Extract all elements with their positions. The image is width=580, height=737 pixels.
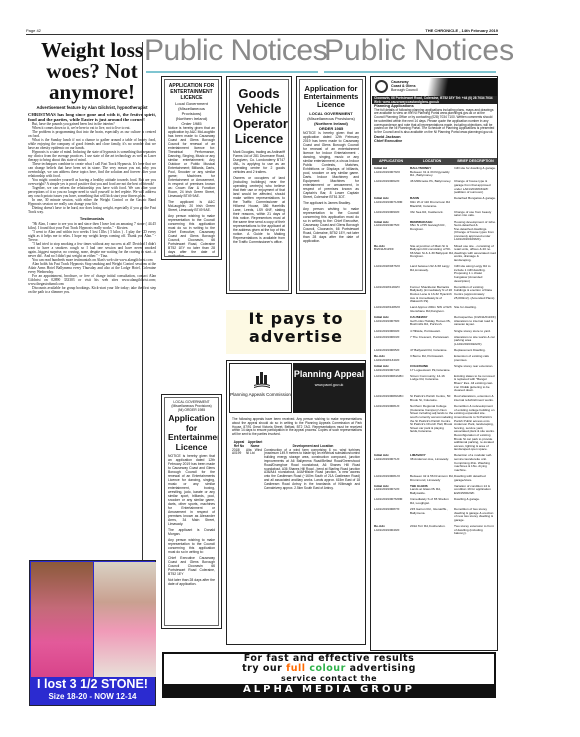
notice-body: Any person wishing to make representatio… xyxy=(168,538,215,554)
article-paragraph: What is the Sunday lunch if not a chance… xyxy=(28,138,156,150)
article-paragraph: These techniques combine to create what … xyxy=(28,162,156,178)
description-cell: Mixed use site - consisting of retail un… xyxy=(454,245,496,263)
description-cell: Replacement Dwelling. xyxy=(454,349,496,353)
description-cell: Infill site for dwelling & garage. xyxy=(454,167,496,178)
table-row: LA01/2019/0063/F7 The Crescent, Portstew… xyxy=(374,336,496,347)
section-title-right: Public Notices xyxy=(324,36,514,66)
location-cell: LIMAVADY38 Anderson Ave, Limavady. xyxy=(410,454,454,472)
description-cell: Dwelling with detached garage/store. xyxy=(454,475,496,482)
article-paragraph: You might consider yourself as having a … xyxy=(28,178,156,186)
application-number: LA01/2019/0087/F xyxy=(374,507,399,511)
location-cell: Northern Regional College (Coleraine Cam… xyxy=(410,405,454,452)
location-cell: 33c Sea Rd, Castlerock. xyxy=(410,211,454,218)
application-cell: LA01/2019/0081/O xyxy=(374,475,410,482)
application-number: LA01/2019/0065/F xyxy=(374,348,399,352)
ad-line-2: try our full colour advertising xyxy=(164,664,494,674)
location-cell: Simon Community, 14-16 Lodge Rd, Colerai… xyxy=(410,375,454,393)
description-cell: Demolition & redevelopment of existing c… xyxy=(454,405,496,452)
description-cell: Housing development of 12no. Semi-detach… xyxy=(454,221,496,243)
table-row: Initial AdvLA01/2019/0071/RMBANN90m W of… xyxy=(374,197,496,208)
application-number: LA01/2019/0076/RM xyxy=(374,497,402,501)
application-cell: Initial AdvLA01/2019/0071/F xyxy=(374,454,410,472)
pays-to-advertise-ad: It pays to advertise xyxy=(226,310,366,354)
table-row: LA01/2019/0062/F46 Millbrooke Pk, Ballym… xyxy=(374,180,496,194)
ad-line: It pays to xyxy=(226,310,366,328)
location: 17 Loguestown Pk,Coleraine. xyxy=(410,368,450,372)
table-row: Initial AdLA01/2019/0079/OBALLYMONEYBetw… xyxy=(374,167,496,178)
description-cell: Demolition of existing buildings & erect… xyxy=(454,286,496,304)
application-number: LA01/2019/0079/O xyxy=(374,170,400,174)
location-cell: COLERAINE17 Loguestown Pk,Coleraine. xyxy=(410,365,454,372)
testimonial: "I had tried to stop smoking a few times… xyxy=(28,242,156,258)
table-row: LA01/2019/0076/RMImmediately S of 65 She… xyxy=(374,498,496,505)
notice-body: Not later than 28 days after the date of… xyxy=(168,578,215,586)
col-location: LOCATION xyxy=(410,158,454,165)
location-cell: 215 Garron Rd , Glenariffe , Ballymena. xyxy=(410,508,454,522)
testimonials-heading: Testimonials xyxy=(28,216,156,221)
location-cell: 3 Berne Rd, Portstewart. xyxy=(410,355,454,362)
location: 47 Ballywatt Rd, Coleraine. xyxy=(410,348,447,352)
application-number: LA01/2019/0071/F xyxy=(374,457,399,461)
location: Site at junction of Main St & Ballyquin … xyxy=(410,244,454,259)
photo-caption-sub: Size 18-20 - NOW 12-14 xyxy=(30,692,155,701)
after-photo xyxy=(94,562,156,677)
article-headline: Weight loss woes? Not anymore! xyxy=(28,40,156,103)
application-cell: LA01/2018/1286/O xyxy=(374,306,410,313)
article-paragraph: Alan holds his Fast Track Hypnosis Stop … xyxy=(28,262,156,274)
notice-title: Application for Entertainments Licence xyxy=(303,85,359,109)
description-cell: Dwelling & garage. xyxy=(454,498,496,505)
location-cell: Land between 92 & 68 Largy Rd,Limavady. xyxy=(410,265,454,283)
pac-logo-text: Planning Appeals Commission xyxy=(230,392,291,397)
description-cell: Site for dwelling. xyxy=(454,306,496,313)
article-paragraph: Dieting doesn't have to be hard, nor doe… xyxy=(28,206,156,214)
alpha-media-ad: For fast and effective results try our f… xyxy=(162,652,496,698)
article-paragraph: Hypnosis is a state of mind. Inducing th… xyxy=(28,150,156,162)
application-cell: Initial AdLA01/2019/0079/O xyxy=(374,167,410,178)
photo-images xyxy=(31,562,156,677)
description-cell: Single storey rear extension. xyxy=(454,365,496,372)
before-after-photo: I lost 3 1/2 STONE! Size 18-20 - NOW 12-… xyxy=(29,560,156,706)
notice-title: Application for Entertainments Licence xyxy=(168,414,215,452)
application-number: LA01/2018/1340/F xyxy=(374,358,399,362)
article-byline: Advertisement feature by Alan Gilchrist,… xyxy=(28,105,156,110)
location: Simon Community, 14-16 Lodge Rd, Colerai… xyxy=(410,374,445,382)
appeal-intro: The following appeals have been received… xyxy=(232,418,362,437)
application-number: LA01/2018/1190/O xyxy=(374,285,400,289)
application-cell: Re-AdvB/2011/0115/F xyxy=(374,245,410,263)
application-cell: LA01/2018/1190/O xyxy=(374,286,410,304)
notice-subtitle: (NI) ORDER 1985 xyxy=(168,409,215,413)
table-row: LA01/2019/0065/F47 Ballywatt Rd, Colerai… xyxy=(374,349,496,353)
application-cell: LA01/2019/0062/F xyxy=(374,180,410,194)
ad-line: advertise xyxy=(226,328,366,346)
application-cell: Initial AdvLA01/2019/0078/F xyxy=(374,316,410,327)
application-number: LA01/2019/0075/F xyxy=(374,223,399,227)
application-cell: Initial AdvLA01/2019/0075/F xyxy=(374,221,410,243)
article-paragraph: The problem is programming that into the… xyxy=(28,130,156,138)
location-cell: 7 The Crescent, Portstewart. xyxy=(410,336,454,347)
application-number: LA01/2019/0049/F xyxy=(374,528,399,532)
table-row: LA01/2019/0081/FNorthern Regional Colleg… xyxy=(374,405,496,452)
article-lead: CHRISTMAS has long since gone and with i… xyxy=(28,112,156,122)
application-cell: Initial AdvLA01/2019/0074/F xyxy=(374,365,410,372)
application-cell: LA01/2019/0076/RM xyxy=(374,498,410,505)
location: 65m N of 55 Garvagh Rd , Dungiven. xyxy=(410,223,446,231)
application-number: LA01/2019/0060/F xyxy=(374,329,399,333)
application-number: LA01/2019/0062/F xyxy=(374,179,399,183)
description-cell: Variation of condition 14 & condition 19… xyxy=(454,485,496,496)
table-row: LA01/2019/0089/LBCSt Patrick's Parish Ce… xyxy=(374,395,496,402)
location: 46 Millbrooke Pk, Ballymoney. xyxy=(410,179,451,183)
location-cell: St Patrick's Parish Centre, 50 Brook St,… xyxy=(410,395,454,402)
application-number: LA01/2018/0376/O xyxy=(374,264,400,268)
notice-body: The applicant is A&C McLaughlin, 20 Iris… xyxy=(168,200,215,212)
table-row: Re-AdvB/2011/0115/FSite at junction of M… xyxy=(374,245,496,263)
table-row: Initial AdvLA01/2019/0072/FTHE GLENSLand… xyxy=(374,485,496,496)
description-cell: Retention of a modular self-service laun… xyxy=(454,454,496,472)
photo-caption-main: I lost 3 1/2 STONE! xyxy=(30,678,155,691)
location: 90m W of 110 Drumcroon Rd Blackhill, Col… xyxy=(410,200,450,208)
testimonial: "I went to Alan and within two weeks I l… xyxy=(28,230,156,242)
entertainment-licence-notice-3: LOCAL GOVERNMENT (Miscellaneous Provisio… xyxy=(161,394,222,629)
description-cell: Detached Bungalow & garage. xyxy=(454,197,496,208)
description-cell: Existing slates to be removed & replaced… xyxy=(454,375,496,393)
location: Between 31 & 33 Kilgynaddy Rd., Ballymon… xyxy=(410,170,450,178)
location: Golf Links Holiday Homes Pk, Bushmills R… xyxy=(410,319,451,327)
council-planning-notice: Causeway Coast & Glens Borough Council C… xyxy=(370,76,498,651)
location: 38 Anderson Ave, Limavady. xyxy=(410,457,449,461)
ad-line-3: service contact the xyxy=(164,674,494,683)
council-intro: Planning Applications The full details o… xyxy=(374,105,496,144)
description-cell: Demolition of two storey dwelling & gara… xyxy=(454,508,496,522)
location-cell: 47 Ballywatt Rd, Coleraine. xyxy=(410,349,454,353)
notice-body: Owners or occupiers of land (including b… xyxy=(233,176,285,244)
pac-logo: Planning Appeals Commission xyxy=(229,363,292,413)
location: Between 42 & 56 Drumsom Rd, Drummond, Li… xyxy=(410,474,454,482)
article-paragraph: For an appointment, brochure, or free of… xyxy=(28,274,156,286)
notice-title: APPLICATION FOR ENTERTAINMENT LICENCE xyxy=(168,83,215,101)
testimonial: "Hi Alan, I came to see you in and since… xyxy=(28,222,156,230)
entertainment-licence-notice-2: Application for Entertainments Licence L… xyxy=(296,76,366,294)
application-number: LA01/2019/0072/F xyxy=(374,487,399,491)
location-cell: Site at junction of Main St & Ballyquin … xyxy=(410,245,454,263)
appellant-name: Alta Wind NI Ltd xyxy=(246,449,264,491)
application-number: LA01/2019/0081/O xyxy=(374,474,400,478)
planning-appeal-banner: Planning Appeal www.pacni.gov.uk xyxy=(293,363,365,413)
development-desc: Construction of a wind farm comprising 6… xyxy=(264,449,362,491)
location: 215 Garron Rd , Glenariffe , Ballymena. xyxy=(410,507,448,515)
planning-appeal-title: Planning Appeal xyxy=(293,369,365,380)
goods-vehicle-notice: Goods Vehicle Operator's Licence Mark Do… xyxy=(226,76,292,294)
application-cell: LA01/2019/0065/F xyxy=(374,349,410,353)
location-cell: Immediately S of 65 Shelton Rd, Loughgie… xyxy=(410,498,454,505)
table-row: LA01/2019/0087/F215 Garron Rd , Glenarif… xyxy=(374,508,496,522)
article-paragraph: Discounts available for group bookings. … xyxy=(28,286,156,294)
description-cell: Change of house type & garage from that … xyxy=(454,180,496,194)
table-row: Initial AdvLA01/2019/0075/FBENBRADAGH65m… xyxy=(374,221,496,243)
pac-url[interactable]: www.pacni.gov.uk xyxy=(293,383,365,387)
notice-body: The applicant is Donald Morgan. xyxy=(168,528,215,536)
notice-body: NOTICE is hereby given that an applicati… xyxy=(168,454,215,526)
location-cell: Land Approx 200m NW of 923 Glenshane Rd,… xyxy=(410,306,454,313)
description-cell: Alterations to site works & car parking … xyxy=(454,336,496,347)
location: 3 Berne Rd, Portstewart. xyxy=(410,354,444,358)
description-cell: Infill site along Largy Rd to include 1 … xyxy=(454,265,496,283)
description-cell: Two storey extension to front of dwellin… xyxy=(454,525,496,536)
application-cell: Re-AdvLA01/2019/0049/F xyxy=(374,525,410,536)
table-row: Re-AdvLA01/2019/0049/F201A Torr Rd,Cushe… xyxy=(374,525,496,536)
application-cell: LA01/2019/0063/F xyxy=(374,336,410,347)
paper-dateline: THE CHRONICLE , 14th February 2019 xyxy=(425,28,498,33)
notice-body: Any person wishing to make representatio… xyxy=(303,207,359,243)
location-cell: BALLYMONEYBetween 31 & 33 Kilgynaddy Rd.… xyxy=(410,167,454,178)
appeals-table: Appeal Ref No Appellant Name Development… xyxy=(232,441,362,490)
application-number: LA01/2019/0081/F xyxy=(374,404,399,408)
application-cell: LA01/2019/0090/F xyxy=(374,211,410,218)
entertainment-licence-notice-1: APPLICATION FOR ENTERTAINMENT LICENCE Lo… xyxy=(161,76,222,260)
location-cell: BENBRADAGH65m N of 55 Garvagh Rd , Dungi… xyxy=(410,221,454,243)
application-number: LA01/2019/0074/F xyxy=(374,368,399,372)
applications-list: Initial AdLA01/2019/0079/OBALLYMONEYBetw… xyxy=(374,167,496,538)
appeal-ref: 2018/ A0199 xyxy=(232,449,246,491)
application-number: LA01/2019/0090/F xyxy=(374,210,399,214)
notice-body: Any person wishing to make representatio… xyxy=(168,214,215,257)
application-cell: LA01/2019/0084/LBC xyxy=(374,375,410,393)
ad-colour-word: colour xyxy=(309,663,345,674)
location: 201A Torr Rd,Cushendun. xyxy=(410,524,446,528)
planning-appeal-body: The following appeals have been received… xyxy=(232,418,362,490)
description-cell: Change of use from beauty salon into caf… xyxy=(454,211,496,218)
signatory-title: Chief Executive xyxy=(374,139,496,144)
application-number: B/2011/0115/F xyxy=(374,247,394,251)
location-cell: 46 Millbrooke Pk, Ballymoney. xyxy=(410,180,454,194)
notice-body: The applicant is James Bradley. xyxy=(303,201,359,205)
before-photo xyxy=(31,562,93,677)
applications-header: APPLICATION LOCATION BRIEF DESCRIPTION xyxy=(372,158,497,165)
location: Immediately S of 65 Shelton Rd, Loughgie… xyxy=(410,497,449,505)
council-name-line: Borough Council xyxy=(391,88,418,92)
application-number: LA01/2019/0063/F xyxy=(374,335,399,339)
table-row: LA01/2019/0060/F4 Hillside, Portstewart.… xyxy=(374,330,496,334)
planning-intro-text: The full details of following planning a… xyxy=(374,109,496,135)
location: 33c Sea Rd, Castlerock. xyxy=(410,210,443,214)
description-cell: Roof alterations, extension & internal r… xyxy=(454,395,496,402)
location-cell: Former Shackleton Barracks Ballykelly (i… xyxy=(410,286,454,304)
notice-body: Chief Executive Causeway Coast and Glens… xyxy=(168,556,215,576)
application-number: LA01/2019/0089/LBC xyxy=(374,394,404,398)
article-paragraph: In one, 30 minute session, with either t… xyxy=(28,198,156,206)
location-cell: 4 Hillside, Portstewart. xyxy=(410,330,454,334)
table-row: Initial AdvLA01/2019/0074/FCOLERAINE17 L… xyxy=(374,365,496,372)
section-title-left: Public Notices xyxy=(144,36,327,66)
council-name: Causeway Coast & Glens Borough Council xyxy=(391,80,418,92)
description-cell: Extension of existing cafe premises. xyxy=(454,355,496,362)
location: Lands at Glass Pk Rd, Ballycastle. xyxy=(410,487,441,495)
ad-text: try our xyxy=(242,663,282,674)
council-address: Cloonavin, 66 Portstewart Road, Colerain… xyxy=(372,96,497,104)
location-cell: CAUSEWAYGolf Links Holiday Homes Pk, Bus… xyxy=(410,316,454,327)
application-number: LA01/2019/0071/RM xyxy=(374,200,402,204)
application-number: LA01/2018/1286/O xyxy=(374,305,400,309)
description-cell: Single storey store to yard. xyxy=(454,330,496,334)
location: Former Shackleton Barracks Ballykelly (i… xyxy=(410,285,452,303)
section-underline xyxy=(146,71,318,73)
table-row: LA01/2019/0081/OBetween 42 & 56 Drumsom … xyxy=(374,475,496,482)
location: St Patrick's Parish Centre, 50 Brook St,… xyxy=(410,394,450,402)
notice-body: Mark Douglas, trading as Ardinariff Farm… xyxy=(233,150,285,174)
application-cell: LA01/2019/0089/LBC xyxy=(374,395,410,402)
location-cell: 201A Torr Rd,Cushendun. xyxy=(410,525,454,536)
application-cell: LA01/2019/0087/F xyxy=(374,508,410,522)
location-cell: Between 42 & 56 Drumsom Rd, Drummond, Li… xyxy=(410,475,454,482)
application-cell: LA01/2019/0081/F xyxy=(374,405,410,452)
article-paragraph: Together, we can reform the relationship… xyxy=(28,186,156,198)
planning-appeal-notice: Planning Appeals Commission Planning App… xyxy=(226,360,366,645)
location-cell: THE GLENSLands at Glass Pk Rd, Ballycast… xyxy=(410,485,454,496)
table-row: LA01/2018/1190/OFormer Shackleton Barrac… xyxy=(374,286,496,304)
application-number: LA01/2019/0078/F xyxy=(374,319,399,323)
location: Land Approx 200m NW of 923 Glenshane Rd,… xyxy=(410,305,451,313)
table-row: LA01/2018/0376/OLand between 92 & 68 Lar… xyxy=(374,265,496,283)
location: Northern Regional College (Coleraine Cam… xyxy=(410,404,453,433)
table-row: Initial AdvLA01/2019/0071/FLIMAVADY38 An… xyxy=(374,454,496,472)
ad-colour-word: full xyxy=(286,663,305,674)
application-cell: Initial AdvLA01/2019/0071/RM xyxy=(374,197,410,208)
notice-title: Goods Vehicle Operator's Licence xyxy=(233,86,285,146)
table-row: Initial AdvLA01/2019/0078/FCAUSEWAYGolf … xyxy=(374,316,496,327)
application-number: LA01/2019/0084/LBC xyxy=(374,374,404,378)
table-row: LA01/2018/1286/OLand Approx 200m NW of 9… xyxy=(374,306,496,313)
col-description: BRIEF DESCRIPTION xyxy=(454,158,497,165)
weight-loss-article: Weight loss woes? Not anymore! Advertise… xyxy=(28,40,156,294)
application-cell: Initial AdvLA01/2019/0072/F xyxy=(374,485,410,496)
location: 4 Hillside, Portstewart. xyxy=(410,329,441,333)
council-logo-icon xyxy=(375,80,388,93)
city-skyline-icon xyxy=(254,370,270,388)
notice-body: Notice is hereby given that an applicati… xyxy=(168,126,215,198)
alpha-media-group-footer: ALPHA MEDIA GROUP xyxy=(164,684,494,696)
location-cell: BANN90m W of 110 Drumcroon Rd Blackhill,… xyxy=(410,197,454,208)
location: 7 The Crescent, Portstewart. xyxy=(410,335,449,339)
table-row: LA01/2019/0084/LBCSimon Community, 14-16… xyxy=(374,375,496,393)
application-cell: LA01/2019/0060/F xyxy=(374,330,410,334)
table-row: LA01/2019/0090/F33c Sea Rd, Castlerock.C… xyxy=(374,211,496,218)
notice-body: NOTICE is hereby given that an applicati… xyxy=(303,131,359,199)
col-application: APPLICATION xyxy=(372,158,410,165)
council-header: Causeway Coast & Glens Borough Council xyxy=(372,78,497,96)
application-cell: Re-AdvLA01/2018/1340/F xyxy=(374,355,410,362)
section-underline xyxy=(324,71,496,73)
table-row: 2018/ A0199 Alta Wind NI Ltd Constructio… xyxy=(232,449,362,491)
page-number: Page 42 xyxy=(26,28,41,33)
location: Land between 92 & 68 Largy Rd,Limavady. xyxy=(410,264,450,272)
description-cell: Retrospective (C/2011/0116/F) Alteration… xyxy=(454,316,496,327)
ad-text: advertising xyxy=(350,663,416,674)
application-cell: LA01/2018/0376/O xyxy=(374,265,410,283)
table-row: Re-AdvLA01/2018/1340/F3 Berne Rd, Portst… xyxy=(374,355,496,362)
